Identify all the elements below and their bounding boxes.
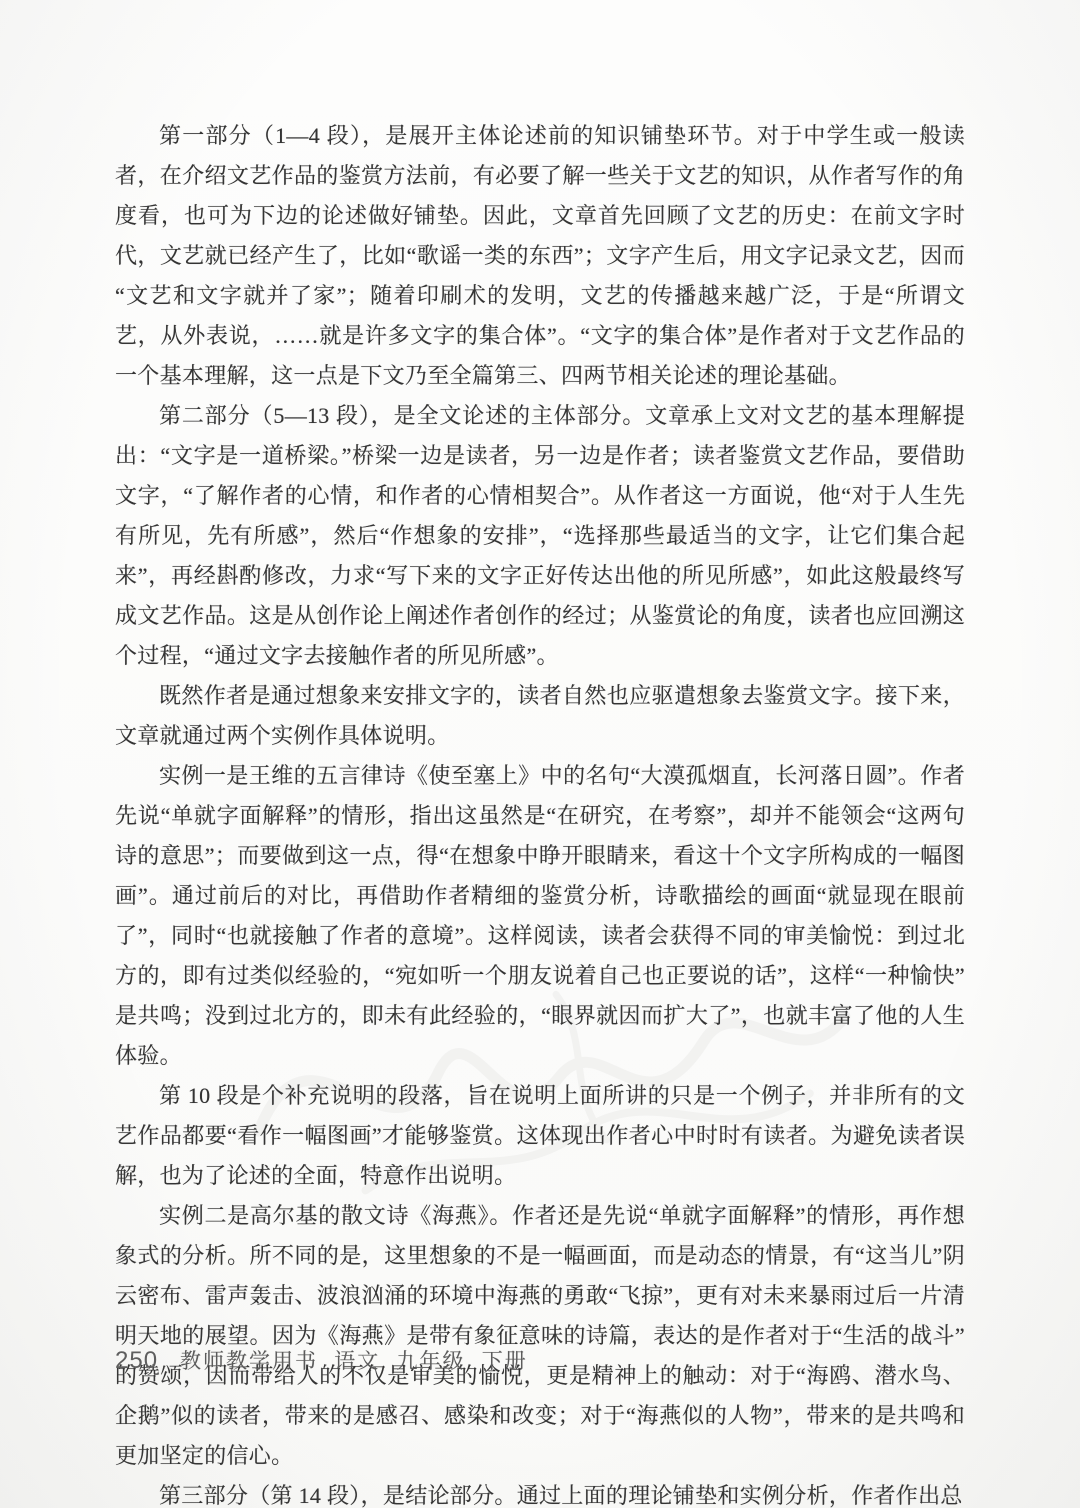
paragraph-part2-main: 第二部分（5—13 段），是全文论述的主体部分。文章承上文对文艺的基本理解提出：… [115,396,965,676]
paragraph-part1-overview: 第一部分（1—4 段），是展开主体论述前的知识铺垫环节。对于中学生或一般读者，在… [115,116,965,396]
book-title: 教师教学用书 语文 九年级 下册 [180,1345,528,1375]
paragraph-example1-wangwei: 实例一是王维的五言律诗《使至塞上》中的名句“大漠孤烟直，长河落日圆”。作者先说“… [115,756,965,1076]
page-number: 250 [115,1347,158,1375]
page-footer: 250 教师教学用书 语文 九年级 下册 [115,1345,528,1375]
paragraph-supplement-para10: 第 10 段是个补充说明的段落，旨在说明上面所讲的只是一个例子，并非所有的文艺作… [115,1076,965,1196]
document-body: 第一部分（1—4 段），是展开主体论述前的知识铺垫环节。对于中学生或一般读者，在… [115,116,965,1508]
scanned-book-page: 第一部分（1—4 段），是展开主体论述前的知识铺垫环节。对于中学生或一般读者，在… [0,0,1080,1508]
paragraph-example2-haiyan: 实例二是高尔基的散文诗《海燕》。作者还是先说“单就字面解释”的情形，再作想象式的… [115,1196,965,1476]
paragraph-part3-conclusion: 第三部分（第 14 段），是结论部分。通过上面的理论铺垫和实例分析，作者作出总 [115,1476,965,1508]
paragraph-imagination-transition: 既然作者是通过想象来安排文字的，读者自然也应驱遣想象去鉴赏文字。接下来，文章就通… [115,676,965,756]
